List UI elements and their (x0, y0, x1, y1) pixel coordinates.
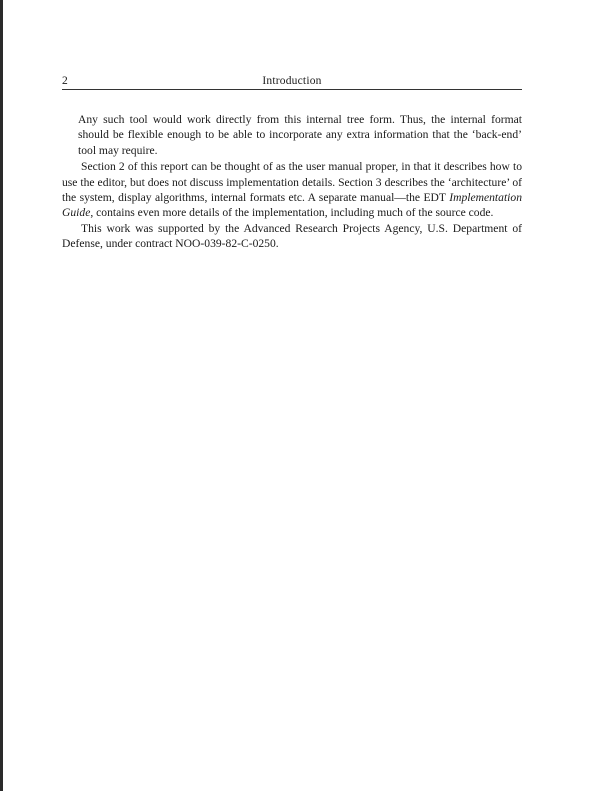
indented-paragraph: Any such tool would work directly from t… (78, 112, 522, 158)
section-text-part-2: , contains even more details of the impl… (90, 206, 493, 219)
section-overview-paragraph: Section 2 of this report can be thought … (62, 159, 522, 221)
running-title: Introduction (62, 74, 522, 88)
acknowledgment-paragraph: This work was supported by the Advanced … (62, 221, 522, 252)
indented-block: Any such tool would work directly from t… (78, 112, 522, 158)
scan-edge-border (0, 0, 3, 791)
page-header: 2 Introduction (62, 74, 522, 90)
document-body: Any such tool would work directly from t… (62, 112, 522, 252)
